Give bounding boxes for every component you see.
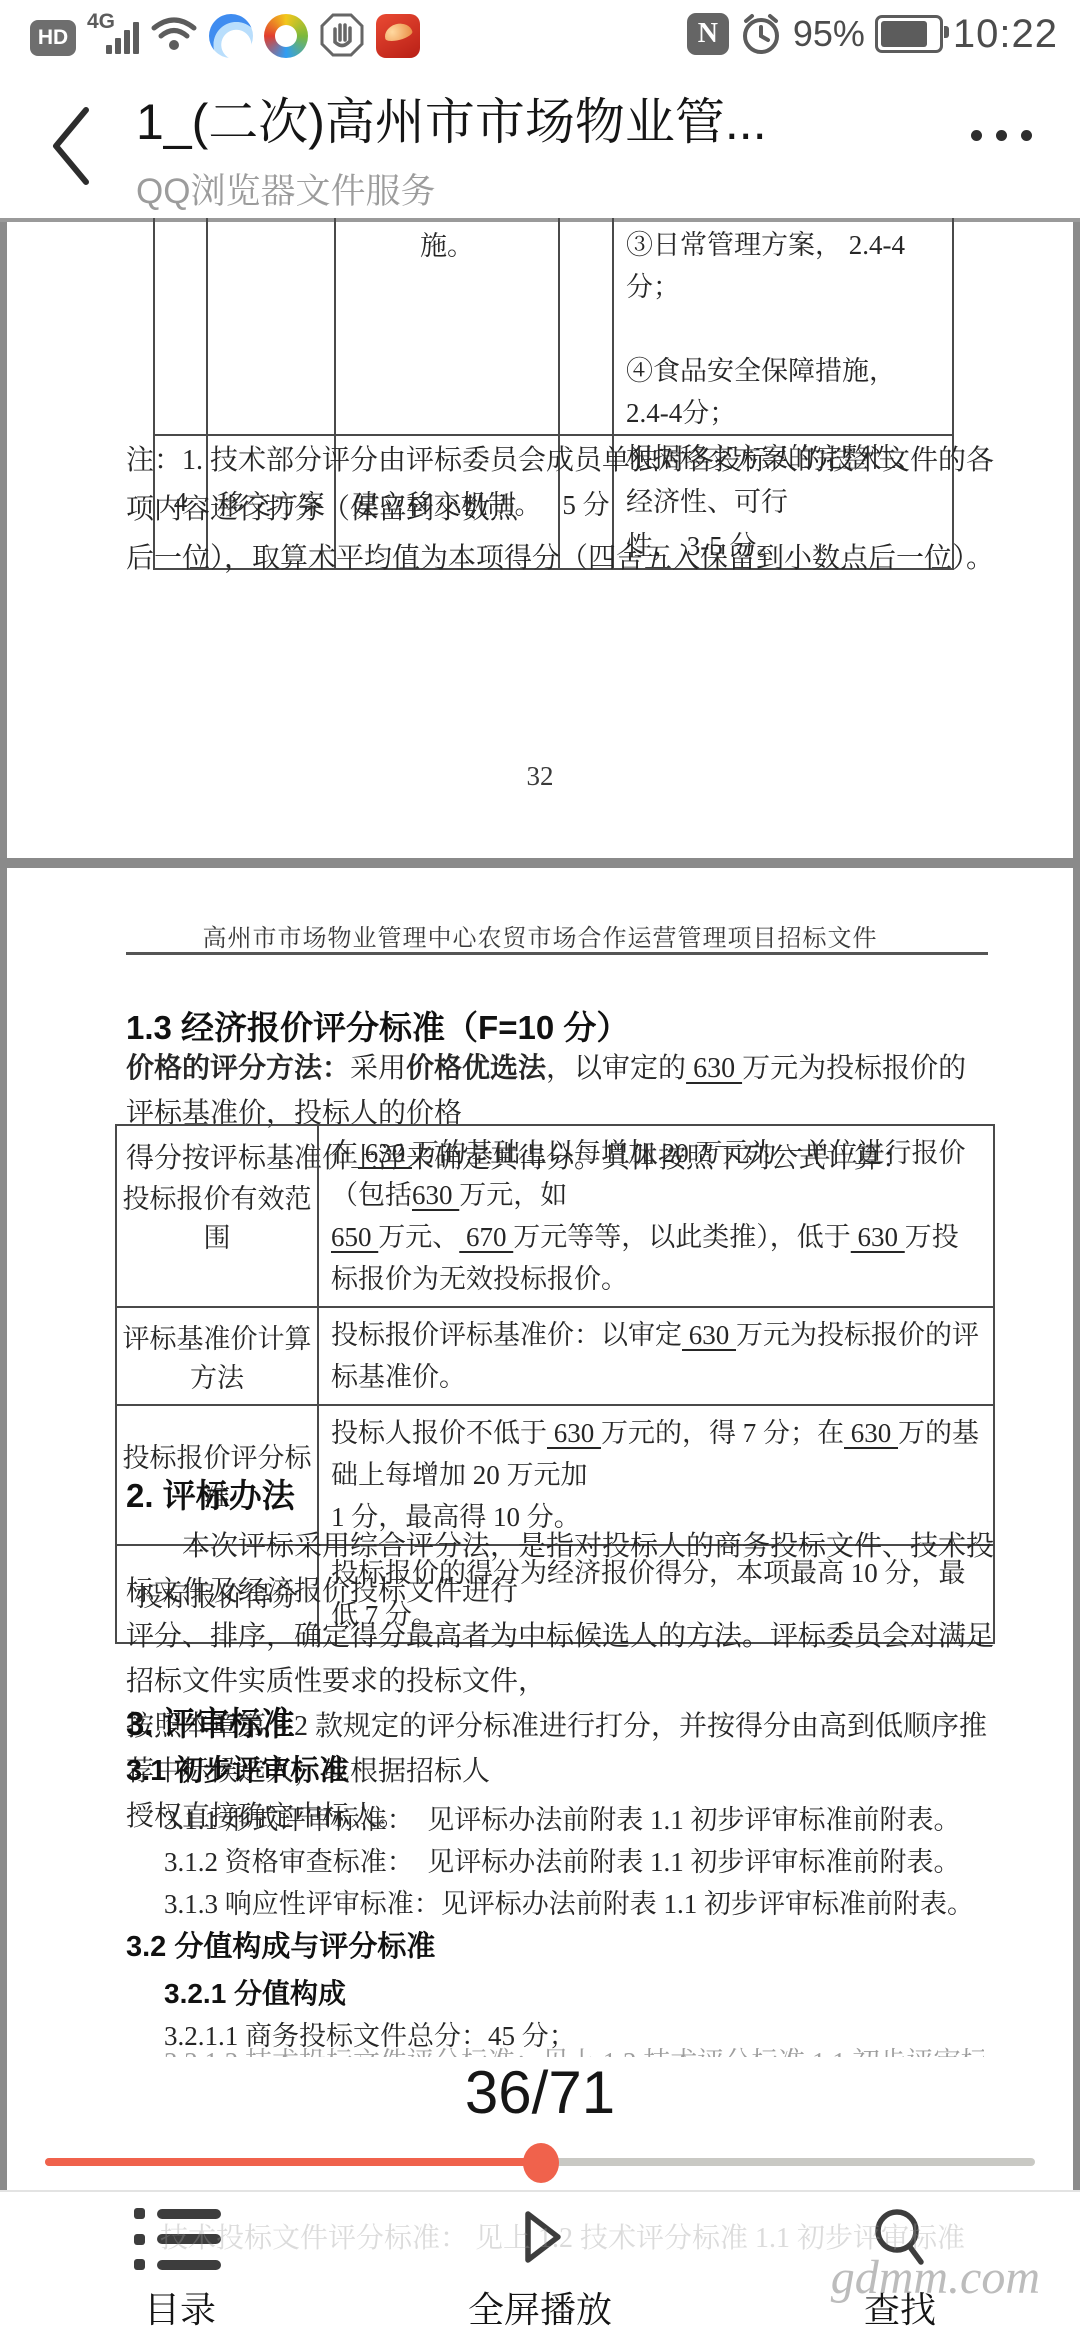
table-row-content: 在 630 万的基础上以每增加 20 万元为一单位进行报价（包括630 万元，如… [318,1125,994,1307]
app-store-icon [264,14,308,58]
table-note: 注：1. 技术部分评分由评标委员会成员单独对各投标人的技术文件的各项内容进行打分… [126,436,998,583]
slider-thumb[interactable] [523,2143,559,2183]
do-not-disturb-hand-icon [319,12,365,58]
fullscreen-play-button[interactable]: 全屏播放 [360,2192,720,2340]
cellular-signal-icon: 4G [87,12,139,58]
running-header: 高州市市场物业管理中心农贸市场合作运营管理项目招标文件 [0,918,1080,953]
table-cell [207,218,335,435]
page-slider[interactable] [45,2142,1035,2182]
document-title: 1_(二次)高州市市场物业管... [136,82,936,154]
wifi-icon [150,14,198,54]
watermark: gdmm.com [831,2250,1040,2305]
hd-icon: HD [30,20,76,56]
bottom-toolbar: 技术投标文件评分标准： 见上 1.2 技术评分标准 1.1 初步评审标准 gdm… [0,2190,1080,2340]
back-button[interactable] [42,104,102,188]
document-subtitle: QQ浏览器文件服务 [136,164,936,214]
page-indicator: 36/71 [0,2058,1080,2127]
section-1-3-heading: 1.3 经济报价评分标准（F=10 分） [126,1002,629,1049]
ghost-text: 技术投标文件评分标准： 见上 1.2 技术评分标准 1.1 初步评审标准 [160,2216,1050,2252]
table-row-label: 评标基准价计算方法 [116,1307,318,1405]
red-festival-app-icon [376,14,420,58]
table-row-content: 投标报价评标基准价：以审定 630 万元为投标报价的评标基准价。 [318,1307,994,1405]
page-separator [0,858,1080,868]
toc-label: 目录 [144,2282,216,2333]
table-cell: 施。 [335,218,559,435]
evaluation-method-paragraph: 本次评标采用综合评分法，是指对投标人的商务投标文件、技术投标文件及经济报价投标文… [126,1524,994,1839]
section-3-1-heading: 3.1 初步评审标准 [126,1748,348,1789]
slider-fill [45,2158,540,2166]
running-header-rule [126,952,988,955]
toc-button[interactable]: 目录 [0,2192,360,2340]
phone-screen: HD 4G N 95% [0,0,1080,2340]
clock-label: 10:22 [953,12,1058,57]
section-2-heading: 2. 评标办法 [126,1470,295,1517]
table-cell: ③日常管理方案， 2.4-4分；④食品安全保障措施， 2.4-4分； [613,218,953,435]
nfc-icon: N [687,13,729,55]
qq-browser-icon [209,14,253,58]
alarm-clock-icon [739,12,783,56]
page-number-32: 32 [0,761,1080,792]
fullscreen-play-label: 全屏播放 [468,2282,612,2333]
more-menu-button[interactable] [971,130,1032,141]
status-bar: HD 4G N 95% [0,0,1080,64]
table-cell [559,218,613,435]
section-3-2-heading: 3.2 分值构成与评分标准 [126,1924,435,1965]
item-3-1-3: 3.1.3 响应性评审标准：见评标办法前附表 1.1 初步评审标准前附表。 [164,1882,974,1921]
section-3-2-1-heading: 3.2.1 分值构成 [164,1972,346,2012]
clipped-text-line: 3.2.1.2 技术投标文件评分标准：见上 1.2 技术评分标准 1.1 初步评… [164,2040,984,2057]
battery-icon [875,15,943,53]
item-3-1-2: 3.1.2 资格审查标准： 见评标办法前附表 1.1 初步评审标准前附表。 [164,1840,961,1879]
table-cell [154,218,207,435]
item-3-1-1: 3.1.1 形式评审标准： 见评标办法前附表 1.1 初步评审标准前附表。 [164,1798,961,1837]
battery-percent-label: 95% [793,13,865,55]
section-3-heading: 3. 评审标准 [126,1698,295,1745]
title-bar: 1_(二次)高州市市场物业管... QQ浏览器文件服务 [0,64,1080,218]
document-viewer[interactable]: 施。 ③日常管理方案， 2.4-4分；④食品安全保障措施， 2.4-4分； 4 … [0,218,1080,2190]
table-row-label: 投标报价有效范围 [116,1125,318,1307]
